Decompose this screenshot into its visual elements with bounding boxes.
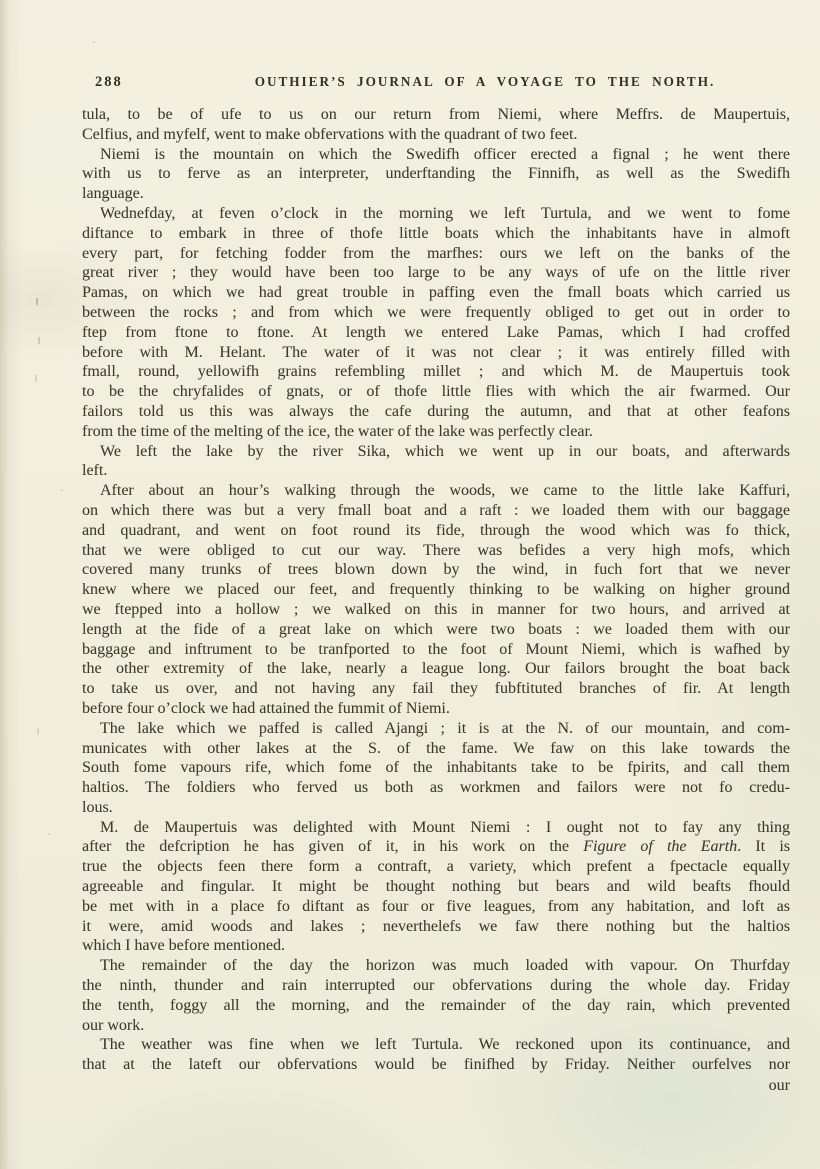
text-line: The lake which we paffed is called Ajang… <box>82 719 790 739</box>
text-line: every part, for fetching fodder from the… <box>82 244 790 264</box>
text-line: fmall, round, yellowifh grains refemblin… <box>82 362 790 382</box>
margin-ink-marks <box>36 298 38 305</box>
text-line: Celfius, and myfelf, went to make obferv… <box>82 125 790 145</box>
text-line: We left the lake by the river Sika, whic… <box>82 442 790 462</box>
running-title: OUTHIER’S JOURNAL OF A VOYAGE TO THE NOR… <box>230 74 740 90</box>
text-segment: . It is <box>737 838 790 855</box>
text-line: Pamas, on which we had great trouble in … <box>82 283 790 303</box>
text-line: length at the fide of a great lake on wh… <box>82 620 790 640</box>
text-line: from the time of the melting of the ice,… <box>82 422 790 442</box>
text-line: the other extremity of the lake, nearly … <box>82 659 790 679</box>
text-line: true the objects feen there form a contr… <box>82 857 790 877</box>
text-line: left. <box>82 461 790 481</box>
text-line: before four o’clock we had attained the … <box>82 699 790 719</box>
text-line: be met with in a place fo diftant as fou… <box>82 897 790 917</box>
text-line: we ftepped into a hollow ; we walked on … <box>82 600 790 620</box>
text-line: tula, to be of ufe to us on our return f… <box>82 105 790 125</box>
text-line: Wednefday, at feven o’clock in the morni… <box>82 204 790 224</box>
page-header: 288 OUTHIER’S JOURNAL OF A VOYAGE TO THE… <box>0 73 820 93</box>
text-line: haltios. The foldiers who ferved us both… <box>82 778 790 798</box>
text-line: which I have before mentioned. <box>82 936 790 956</box>
text-line: before with M. Helant. The water of it w… <box>82 343 790 363</box>
text-line: language. <box>82 184 790 204</box>
paragraph: After about an hour’s walking through th… <box>82 481 790 719</box>
text-line: ftep from ftone to ftone. At length we e… <box>82 323 790 343</box>
catchword: our <box>769 1077 790 1094</box>
text-line: The weather was fine when we left Turtul… <box>82 1035 790 1055</box>
text-block: tula, to be of ufe to us on our return f… <box>82 105 790 1075</box>
text-line: great river ; they would have been too l… <box>82 263 790 283</box>
text-line: our work. <box>82 1016 790 1036</box>
text-line: Niemi is the mountain on which the Swedi… <box>82 145 790 165</box>
text-segment: after the defcription he has given of it… <box>82 838 583 855</box>
text-line: it were, amid woods and lakes ; neverthe… <box>82 917 790 937</box>
text-line: the ninth, thunder and rain interrupted … <box>82 976 790 996</box>
text-line: diftance to embark in three of thofe lit… <box>82 224 790 244</box>
text-line: on which there was but a very fmall boat… <box>82 501 790 521</box>
text-line: to take us over, and not having any fail… <box>82 679 790 699</box>
text-line: to be the chryfalides of gnats, or of th… <box>82 382 790 402</box>
paragraph: The lake which we paffed is called Ajang… <box>82 719 790 818</box>
text-line: baggage and inftrument to be tranfported… <box>82 640 790 660</box>
paragraph: Wednefday, at feven o’clock in the morni… <box>82 204 790 442</box>
text-line: M. de Maupertuis was delighted with Moun… <box>82 818 790 838</box>
text-line: agreeable and fingular. It might be thou… <box>82 877 790 897</box>
text-line: The remainder of the day the horizon was… <box>82 956 790 976</box>
text-line: and quadrant, and went on foot round its… <box>82 521 790 541</box>
paragraph: The weather was fine when we left Turtul… <box>82 1035 790 1075</box>
text-line: that at the lateft our obfervations woul… <box>82 1055 790 1075</box>
text-line: South fome vapours rife, which fome of t… <box>82 758 790 778</box>
text-line: covered many trunks of trees blown down … <box>82 560 790 580</box>
text-line: between the rocks ; and from which we we… <box>82 303 790 323</box>
paragraph: The remainder of the day the horizon was… <box>82 956 790 1035</box>
book-title-italic: Figure of the Earth <box>583 838 737 855</box>
paragraph: tula, to be of ufe to us on our return f… <box>82 105 790 145</box>
text-line: After about an hour’s walking through th… <box>82 481 790 501</box>
text-line: with us to ferve as an interpreter, unde… <box>82 164 790 184</box>
text-line: lous. <box>82 798 790 818</box>
text-line: knew where we placed our feet, and frequ… <box>82 580 790 600</box>
paragraph: Niemi is the mountain on which the Swedi… <box>82 145 790 204</box>
text-line: the tenth, foggy all the morning, and th… <box>82 996 790 1016</box>
paragraph: M. de Maupertuis was delighted with Moun… <box>82 818 790 957</box>
page-number: 288 <box>95 74 123 91</box>
catchword-row: our <box>82 1077 790 1095</box>
paragraph: We left the lake by the river Sika, whic… <box>82 442 790 482</box>
text-line: failors told us this was always the cafe… <box>82 402 790 422</box>
paper-speckles <box>0 0 2 2</box>
text-line: that we were obliged to cut our way. The… <box>82 541 790 561</box>
text-line: after the defcription he has given of it… <box>82 837 790 857</box>
text-line: municates with other lakes at the S. of … <box>82 739 790 759</box>
